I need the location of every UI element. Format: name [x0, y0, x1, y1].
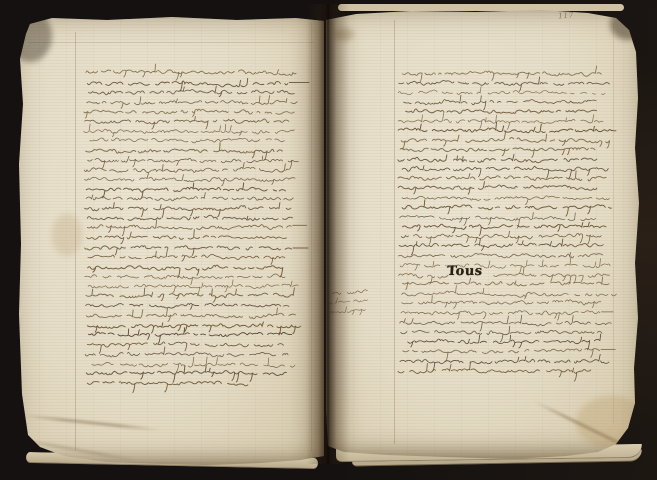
left-page [12, 14, 324, 466]
folio-number: 117 [558, 10, 574, 20]
margin-rule-right [311, 22, 312, 452]
fold-crease [22, 414, 162, 432]
paper-texture [326, 8, 644, 460]
page-shading [12, 14, 324, 466]
left-page-handwriting [12, 14, 324, 466]
margin-rule-left [75, 32, 76, 450]
worn-corner-smudge [8, 10, 52, 62]
page-edge-stack [338, 4, 624, 11]
right-page-handwriting [326, 8, 644, 460]
worn-corner-smudge [610, 8, 646, 40]
section-heading: Tous [446, 264, 483, 279]
right-page: 117 Tous [326, 8, 644, 460]
margin-rule-left [394, 20, 395, 444]
gutter-marginal-note [326, 280, 396, 336]
margin-rule-top [28, 42, 314, 43]
paper-texture [12, 14, 324, 466]
page-shading [326, 8, 644, 460]
fold-crease [533, 400, 642, 455]
fold-crease [18, 438, 137, 462]
margin-rule-right [613, 23, 614, 423]
paper-stain [334, 28, 354, 41]
manuscript-scan: 117 Tous [0, 0, 657, 480]
foxing-spot [52, 214, 82, 256]
paper-stain [576, 396, 648, 448]
